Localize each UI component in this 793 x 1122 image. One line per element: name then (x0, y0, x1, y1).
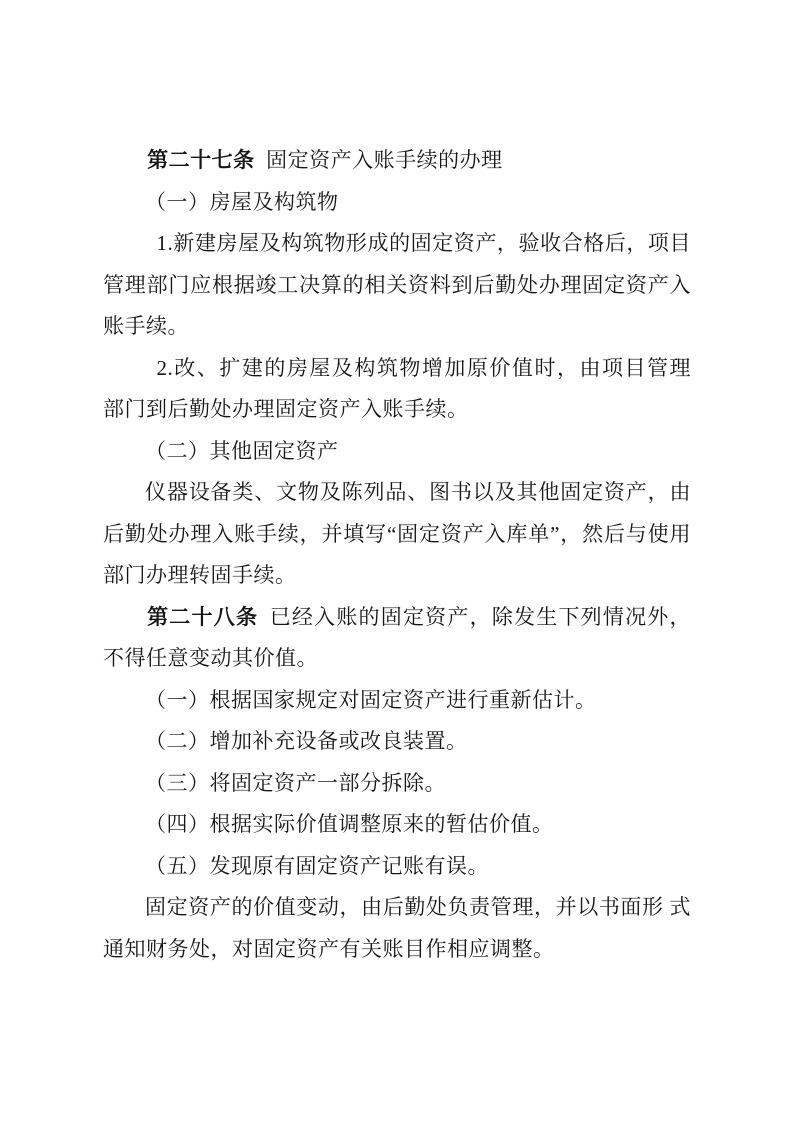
article-27-number: 第二十七条 (147, 148, 255, 172)
article-28-item-2: （二）增加补充设备或改良装置。 (103, 721, 691, 763)
article-28-item-3: （三）将固定资产一部分拆除。 (103, 763, 691, 805)
article-27-title: 固定资产入账手续的办理 (266, 148, 503, 172)
clause-1-point-1: 1.新建房屋及构筑物形成的固定资产，验收合格后，项目管理部门应根据竣工决算的相关… (103, 223, 691, 348)
document-page: 第二十七条固定资产入账手续的办理 （一）房屋及构筑物 1.新建房屋及构筑物形成的… (0, 0, 793, 1122)
article-28-item-1: （一）根据国家规定对固定资产进行重新估计。 (103, 680, 691, 722)
article-28-item-4: （四）根据实际价值调整原来的暂估价值。 (103, 804, 691, 846)
article-28-closing: 固定资产的价值变动，由后勤处负责管理，并以书面形 式通知财务处，对固定资产有关账… (103, 887, 691, 970)
article-28-number: 第二十八条 (147, 605, 258, 629)
article-28-item-5: （五）发现原有固定资产记账有误。 (103, 846, 691, 888)
clause-1-point-2: 2.改、扩建的房屋及构筑物增加原价值时，由项目管理 部门到后勤处办理固定资产入账… (103, 348, 691, 431)
clause-2-body: 仪器设备类、文物及陈列品、图书以及其他固定资产，由后勤处办理入账手续，并填写“固… (103, 472, 691, 597)
article-27-heading: 第二十七条固定资产入账手续的办理 (103, 140, 691, 182)
clause-2-heading: （二）其他固定资产 (103, 431, 691, 473)
article-28-heading: 第二十八条已经入账的固定资产，除发生下列情况外， 不得任意变动其价值。 (103, 597, 691, 680)
clause-1-heading: （一）房屋及构筑物 (103, 182, 691, 224)
